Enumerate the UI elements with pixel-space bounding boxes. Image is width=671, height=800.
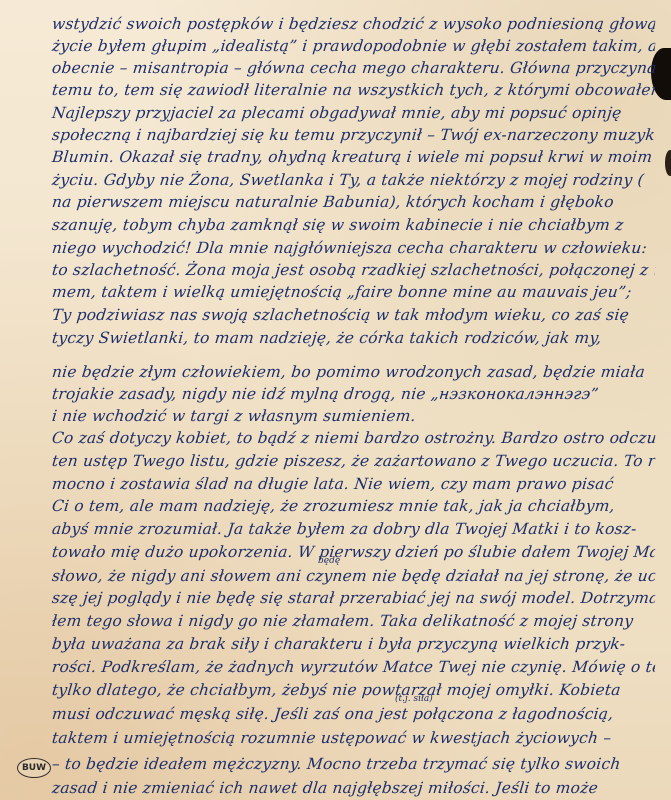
letter-line: Blumin. Okazał się tradny, ohydną kreatu… (51, 147, 656, 167)
paper-tear-small (665, 150, 671, 176)
letter-line: Ty podziwiasz nas swoją szlachetnością w… (51, 305, 656, 325)
letter-line: wstydzić swoich postępków i będziesz cho… (51, 14, 656, 34)
letter-line: słowo, że nigdy ani słowem ani czynem ni… (51, 566, 656, 586)
letter-line: trojakie zasady, nigdy nie idź mylną dro… (51, 384, 656, 404)
letter-page: wstydzić swoich postępków i będziesz cho… (0, 0, 671, 800)
letter-line: obecnie – misantropia – główna cecha meg… (51, 58, 656, 78)
interlinear-note: będę (318, 556, 340, 566)
letter-line: Ci o tem, ale mam nadzieję, że zrozumies… (51, 496, 656, 516)
letter-line: łem tego słowa i nigdy go nie złamałem. … (51, 611, 656, 631)
letter-line: Najlepszy przyjaciel za plecami obgadywa… (51, 103, 656, 123)
letter-line: mocno i zostawia ślad na długie lata. Ni… (51, 474, 656, 494)
letter-line: ten ustęp Twego listu, gdzie piszesz, że… (51, 451, 656, 471)
letter-line: abyś mnie zrozumiał. Ja także byłem za d… (51, 519, 656, 539)
letter-line: była uważana za brak siły i charakteru i… (51, 634, 656, 654)
letter-line: niego wychodzić! Dla mnie najgłówniejsza… (51, 238, 656, 258)
letter-line: towało mię dużo upokorzenia. W pierwszy … (51, 542, 656, 562)
library-stamp: BUW (17, 758, 51, 778)
letter-line: zasad i nie zmieniać ich nawet dla najgł… (51, 778, 656, 798)
letter-line: szanuję, tobym chyba zamknął się w swoim… (51, 215, 656, 235)
letter-line: tyczy Swietlanki, to mam nadzieję, że có… (51, 328, 656, 348)
letter-line: taktem i umiejętnością rozumnie ustępowa… (51, 728, 656, 748)
letter-line: mem, taktem i wielką umiejętnością „fair… (51, 282, 656, 302)
letter-line: – to będzie ideałem mężczyzny. Mocno trz… (51, 754, 656, 774)
letter-line: rości. Podkreślam, że żadnych wyrzutów M… (51, 657, 656, 677)
letter-line: szę jej poglądy i nie będę się starał pr… (51, 588, 656, 608)
interlinear-note: (t.j. siła) (395, 694, 433, 704)
letter-line: na pierwszem miejscu naturalnie Babunia)… (51, 192, 656, 212)
letter-line: musi odczuwać męską siłę. Jeśli zaś ona … (51, 704, 656, 724)
letter-line: temu to, tem się zawiodł literalnie na w… (51, 80, 656, 100)
letter-line: Co zaś dotyczy kobiet, to bądź z niemi b… (51, 428, 656, 448)
letter-line: to szlachetność. Żona moja jest osobą rz… (51, 260, 656, 280)
letter-line: społeczną i najbardziej się ku temu przy… (51, 125, 656, 145)
letter-line: i nie wchodzić w targi z własnym sumieni… (51, 406, 656, 426)
letter-line: życiu. Gdyby nie Żona, Swetlanka i Ty, a… (51, 170, 656, 190)
letter-line: życie byłem głupim „idealistą” i prawdop… (51, 36, 656, 56)
letter-line: tylko dlatego, że chciałbym, żebyś nie p… (51, 680, 656, 700)
letter-line: nie będzie złym człowiekiem, bo pomimo w… (51, 362, 656, 382)
